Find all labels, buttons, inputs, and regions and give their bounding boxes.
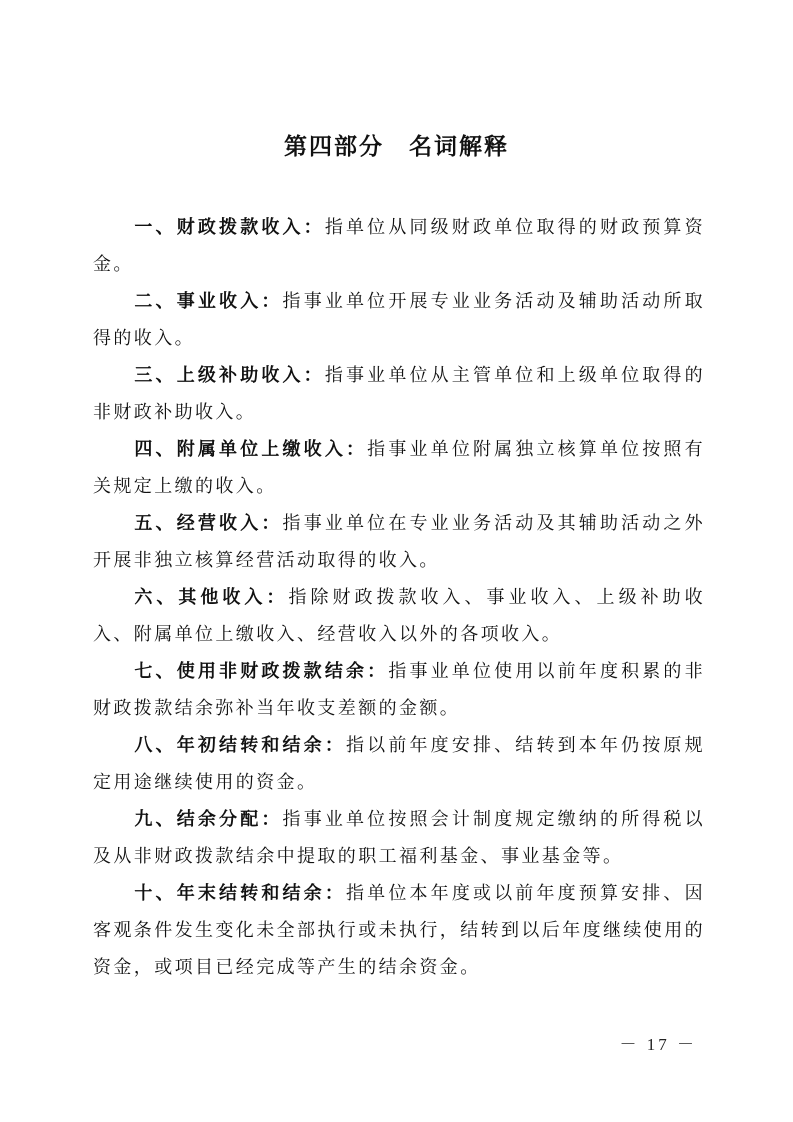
term-label: 九、结余分配： <box>134 809 282 829</box>
glossary-item: 三、上级补助收入：指事业单位从主管单位和上级单位取得的非财政补助收入。 <box>93 357 705 431</box>
glossary-item: 二、事业收入：指事业单位开展专业业务活动及辅助活动所取得的收入。 <box>93 283 705 357</box>
document-page: 第四部分 名词解释 一、财政拨款收入：指单位从同级财政单位取得的财政预算资金。 … <box>0 0 793 1122</box>
term-label: 八、年初结转和结余： <box>134 735 346 755</box>
glossary-item: 十、年末结转和结余：指单位本年度或以前年度预算安排、因客观条件发生变化未全部执行… <box>93 875 705 986</box>
term-label: 三、上级补助收入： <box>134 365 324 385</box>
glossary-item: 一、财政拨款收入：指单位从同级财政单位取得的财政预算资金。 <box>93 209 705 283</box>
glossary-item: 五、经营收入：指事业单位在专业业务活动及其辅助活动之外开展非独立核算经营活动取得… <box>93 505 705 579</box>
term-label: 七、使用非财政拨款结余： <box>134 661 388 681</box>
term-label: 四、附属单位上缴收入： <box>134 439 367 459</box>
glossary-item: 七、使用非财政拨款结余：指事业单位使用以前年度积累的非财政拨款结余弥补当年收支差… <box>93 653 705 727</box>
glossary-item: 八、年初结转和结余：指以前年度安排、结转到本年仍按原规定用途继续使用的资金。 <box>93 727 705 801</box>
glossary-item: 四、附属单位上缴收入：指事业单位附属独立核算单位按照有关规定上缴的收入。 <box>93 431 705 505</box>
term-label: 十、年末结转和结余： <box>134 883 346 903</box>
glossary-item: 六、其他收入：指除财政拨款收入、事业收入、上级补助收入、附属单位上缴收入、经营收… <box>93 579 705 653</box>
term-label: 六、其他收入： <box>134 587 288 607</box>
term-label: 二、事业收入： <box>134 291 282 311</box>
page-title: 第四部分 名词解释 <box>0 0 793 161</box>
term-label: 一、财政拨款收入： <box>134 217 324 237</box>
term-label: 五、经营收入： <box>134 513 282 533</box>
glossary-body: 一、财政拨款收入：指单位从同级财政单位取得的财政预算资金。 二、事业收入：指事业… <box>93 209 705 986</box>
glossary-item: 九、结余分配：指事业单位按照会计制度规定缴纳的所得税以及从非财政拨款结余中提取的… <box>93 801 705 875</box>
page-number: － 17 － <box>620 1030 698 1055</box>
